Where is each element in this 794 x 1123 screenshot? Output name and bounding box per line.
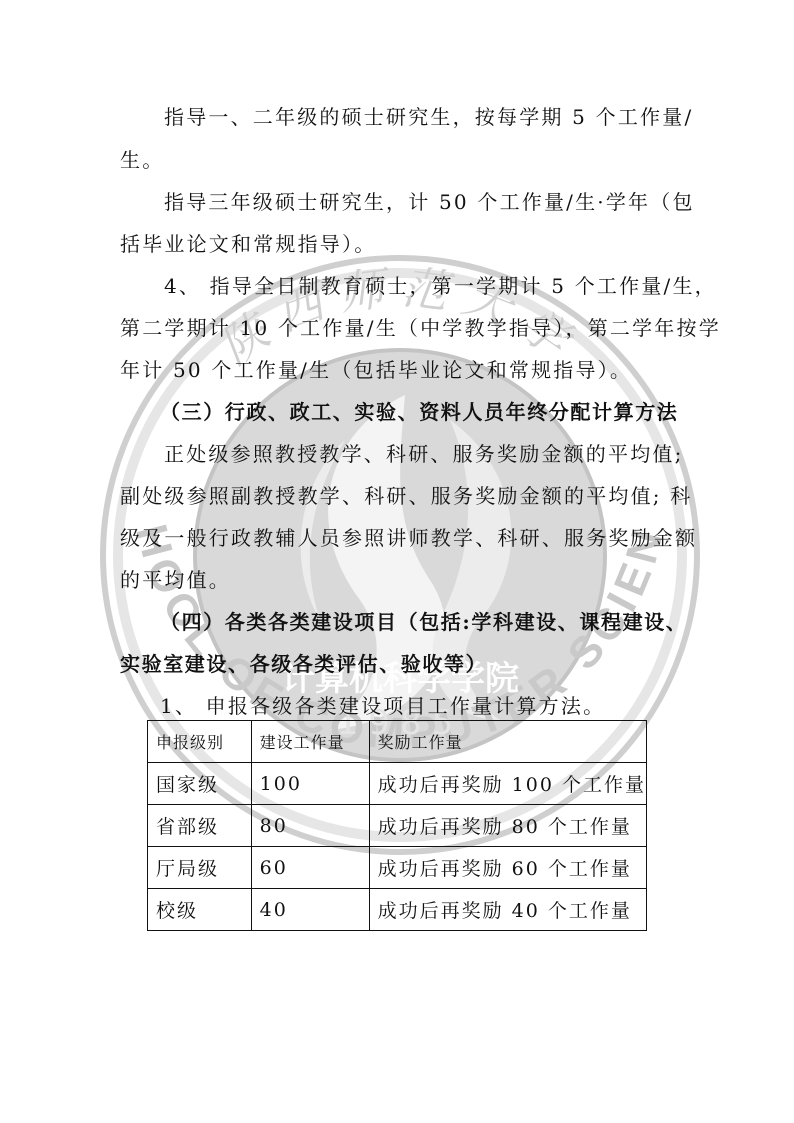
table-header-row: 申报级别 建设工作量 奖励工作量 (148, 721, 647, 763)
table-header-cell: 建设工作量 (251, 721, 369, 763)
paragraph-line: 正处级参照教授教学、科研、服务奖励金额的平均值; (164, 442, 719, 466)
paragraph-line: 级及一般行政教辅人员参照讲师教学、科研、服务奖励金额 (120, 526, 675, 550)
workload-table: 申报级别 建设工作量 奖励工作量 国家级 100 成功后再奖励 100 个工作量… (147, 720, 647, 931)
paragraph-line: 的平均值。 (120, 568, 675, 592)
section-heading-4-cont: 实验室建设、各级各类评估、验收等） (120, 652, 675, 676)
table-row: 厅局级 60 成功后再奖励 60 个工作量 (148, 847, 647, 889)
table-row: 省部级 80 成功后再奖励 80 个工作量 (148, 805, 647, 847)
paragraph-line: 副处级参照副教授教学、科研、服务奖励金额的平均值; 科 (120, 484, 675, 508)
list-item: 1、 申报各级各类建设项目工作量计算方法。 (160, 694, 715, 718)
table-cell: 60 (251, 847, 369, 889)
document-page: 指导一、二年级的硕士研究生，按每学期 5 个工作量/ 生。 指导三年级硕士研究生… (0, 0, 794, 1123)
paragraph-line: 生。 (120, 148, 675, 172)
table-cell: 80 (251, 805, 369, 847)
table-row: 国家级 100 成功后再奖励 100 个工作量 (148, 763, 647, 805)
table-cell: 厅局级 (148, 847, 252, 889)
section-heading-4: （四）各类各类建设项目（包括:学科建设、课程建设、 (160, 610, 715, 634)
table-cell: 国家级 (148, 763, 252, 805)
table-cell: 校级 (148, 889, 252, 931)
table-cell: 成功后再奖励 40 个工作量 (369, 889, 646, 931)
table-row: 校级 40 成功后再奖励 40 个工作量 (148, 889, 647, 931)
table-cell: 成功后再奖励 60 个工作量 (369, 847, 646, 889)
table-header-cell: 申报级别 (148, 721, 252, 763)
table-cell: 40 (251, 889, 369, 931)
paragraph-line: 年计 50 个工作量/生（包括毕业论文和常规指导）。 (120, 358, 675, 382)
table-cell: 成功后再奖励 80 个工作量 (369, 805, 646, 847)
paragraph-line: 括毕业论文和常规指导）。 (120, 232, 675, 256)
paragraph-line: 4、 指导全日制教育硕士，第一学期计 5 个工作量/生， (164, 274, 719, 298)
table-cell: 省部级 (148, 805, 252, 847)
paragraph-line: 第二学期计 10 个工作量/生（中学教学指导），第二学年按学 (120, 316, 675, 340)
paragraph-line: 指导三年级硕士研究生，计 50 个工作量/生·学年（包 (164, 190, 719, 214)
table-cell: 100 (251, 763, 369, 805)
paragraph-line: 指导一、二年级的硕士研究生，按每学期 5 个工作量/ (164, 105, 719, 129)
section-heading-3: （三）行政、政工、实验、资料人员年终分配计算方法 (160, 400, 715, 424)
table-header-cell: 奖励工作量 (369, 721, 646, 763)
table-cell: 成功后再奖励 100 个工作量 (369, 763, 646, 805)
